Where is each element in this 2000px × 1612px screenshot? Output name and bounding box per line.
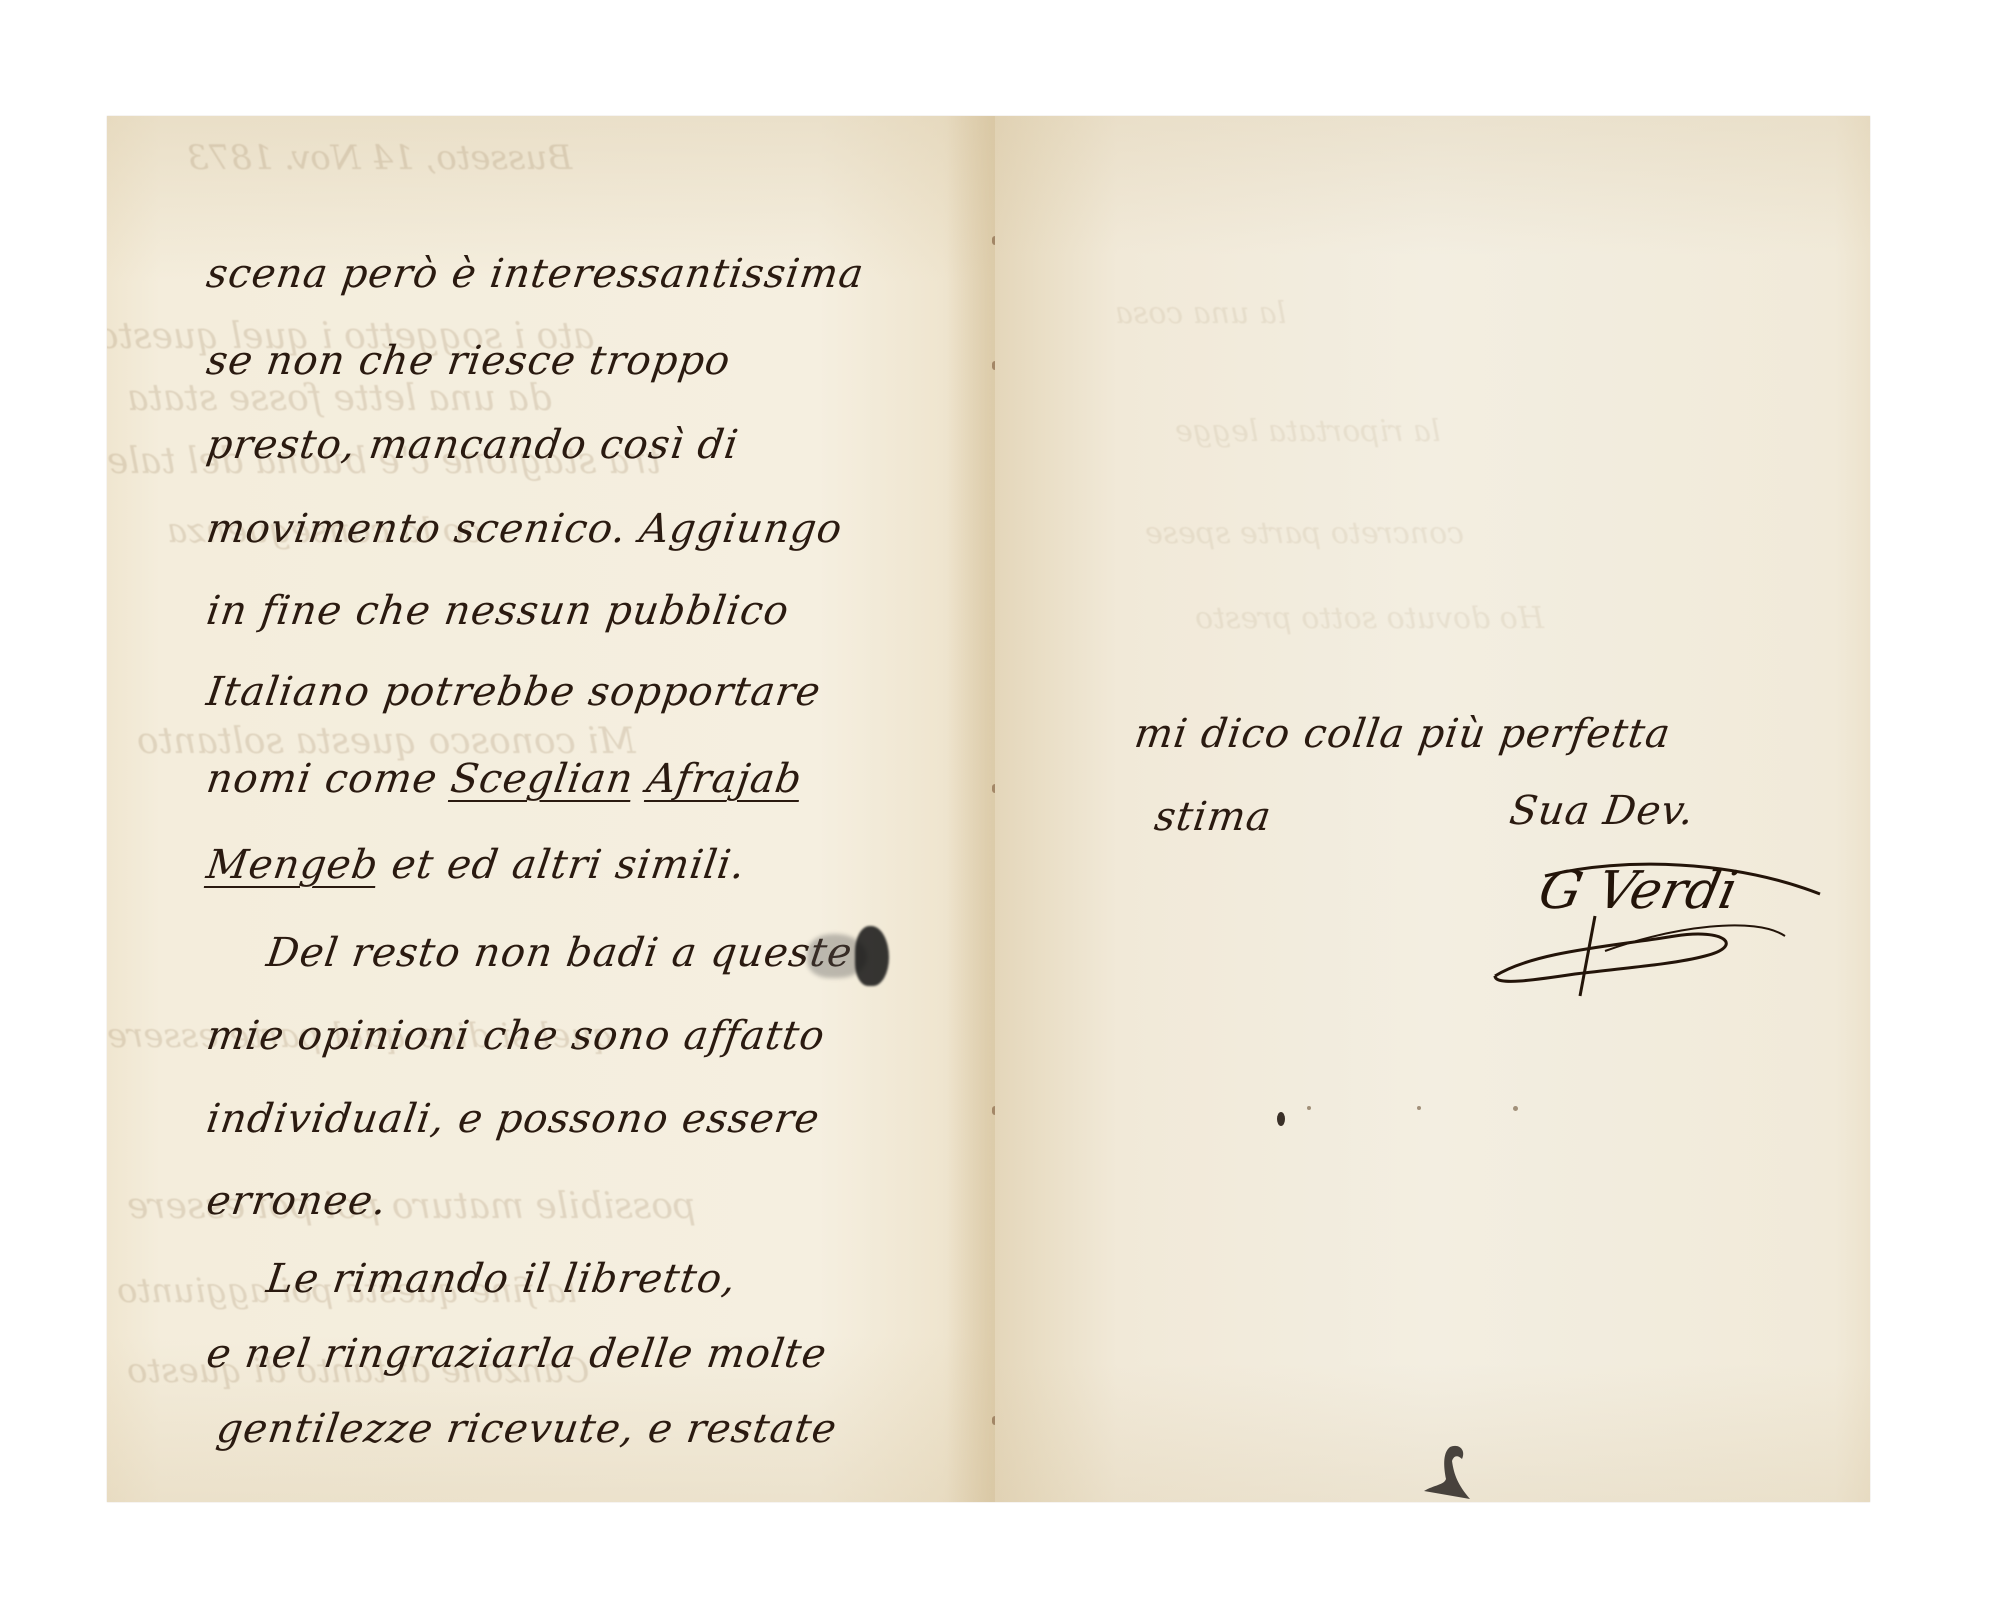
letter-line: Del resto non badi a queste	[264, 930, 856, 976]
letter-line: Mengeb et ed altri simili.	[204, 842, 749, 888]
closing-stima: stima	[1152, 794, 1275, 840]
right-page: la una cosa la riportata legge concreto …	[995, 116, 1870, 1502]
letter-line: mie opinioni che sono affatto	[204, 1013, 828, 1059]
signature-flourish	[1475, 856, 1835, 1006]
left-page: Busseto, 14 Nov. 1873 ato i soggetto i q…	[107, 116, 995, 1502]
closing-line: mi dico colla più perfetta	[1132, 711, 1674, 757]
underlined-name: Mengeb	[204, 842, 382, 888]
ink-spot	[1277, 1112, 1285, 1126]
ink-smudge	[1420, 1441, 1480, 1502]
bleed-through-text: la riportata legge	[1175, 414, 1441, 449]
letter-line: Italiano potrebbe sopportare	[204, 669, 824, 715]
letter-line: se non che riesce troppo	[204, 338, 734, 384]
bleed-through-text: Ho dovuto sotto presto	[1195, 601, 1544, 636]
letter-line: erronee.	[204, 1178, 390, 1224]
ink-speck	[1513, 1106, 1518, 1111]
underlined-name: Sceglian	[448, 756, 637, 802]
bleed-through-date: Busseto, 14 Nov. 1873	[187, 138, 572, 178]
letter-line: scena però è interessantissima	[204, 251, 867, 297]
closing-sua-dev: Sua Dev.	[1507, 788, 1698, 834]
line-text: et ed altri simili.	[389, 842, 749, 888]
letter-line: gentilezze ricevute, e restate	[214, 1406, 840, 1452]
letter-sheet: Busseto, 14 Nov. 1873 ato i soggetto i q…	[107, 116, 1870, 1502]
ink-speck	[1417, 1106, 1421, 1110]
letter-line: in fine che nessun pubblico	[204, 588, 792, 634]
bleed-through-text: concreto parte spese	[1145, 516, 1464, 551]
letter-line: e nel ringraziarla delle molte	[204, 1331, 830, 1377]
letter-line: nomi come Sceglian Afrajab	[204, 756, 805, 802]
line-text: nomi come	[204, 756, 441, 802]
letter-line: presto, mancando così di	[204, 422, 742, 468]
letter-line: individuali, e possono essere	[204, 1096, 823, 1142]
bleed-through-text: la una cosa	[1115, 296, 1286, 331]
letter-line: movimento scenico. Aggiungo	[204, 506, 846, 552]
letter-line: Le rimando il libretto,	[264, 1256, 740, 1302]
underlined-name: Afrajab	[644, 756, 805, 802]
ink-blot	[855, 926, 889, 986]
bleed-through-text: da una lette fosse stata	[127, 378, 552, 419]
ink-speck	[1307, 1106, 1311, 1110]
